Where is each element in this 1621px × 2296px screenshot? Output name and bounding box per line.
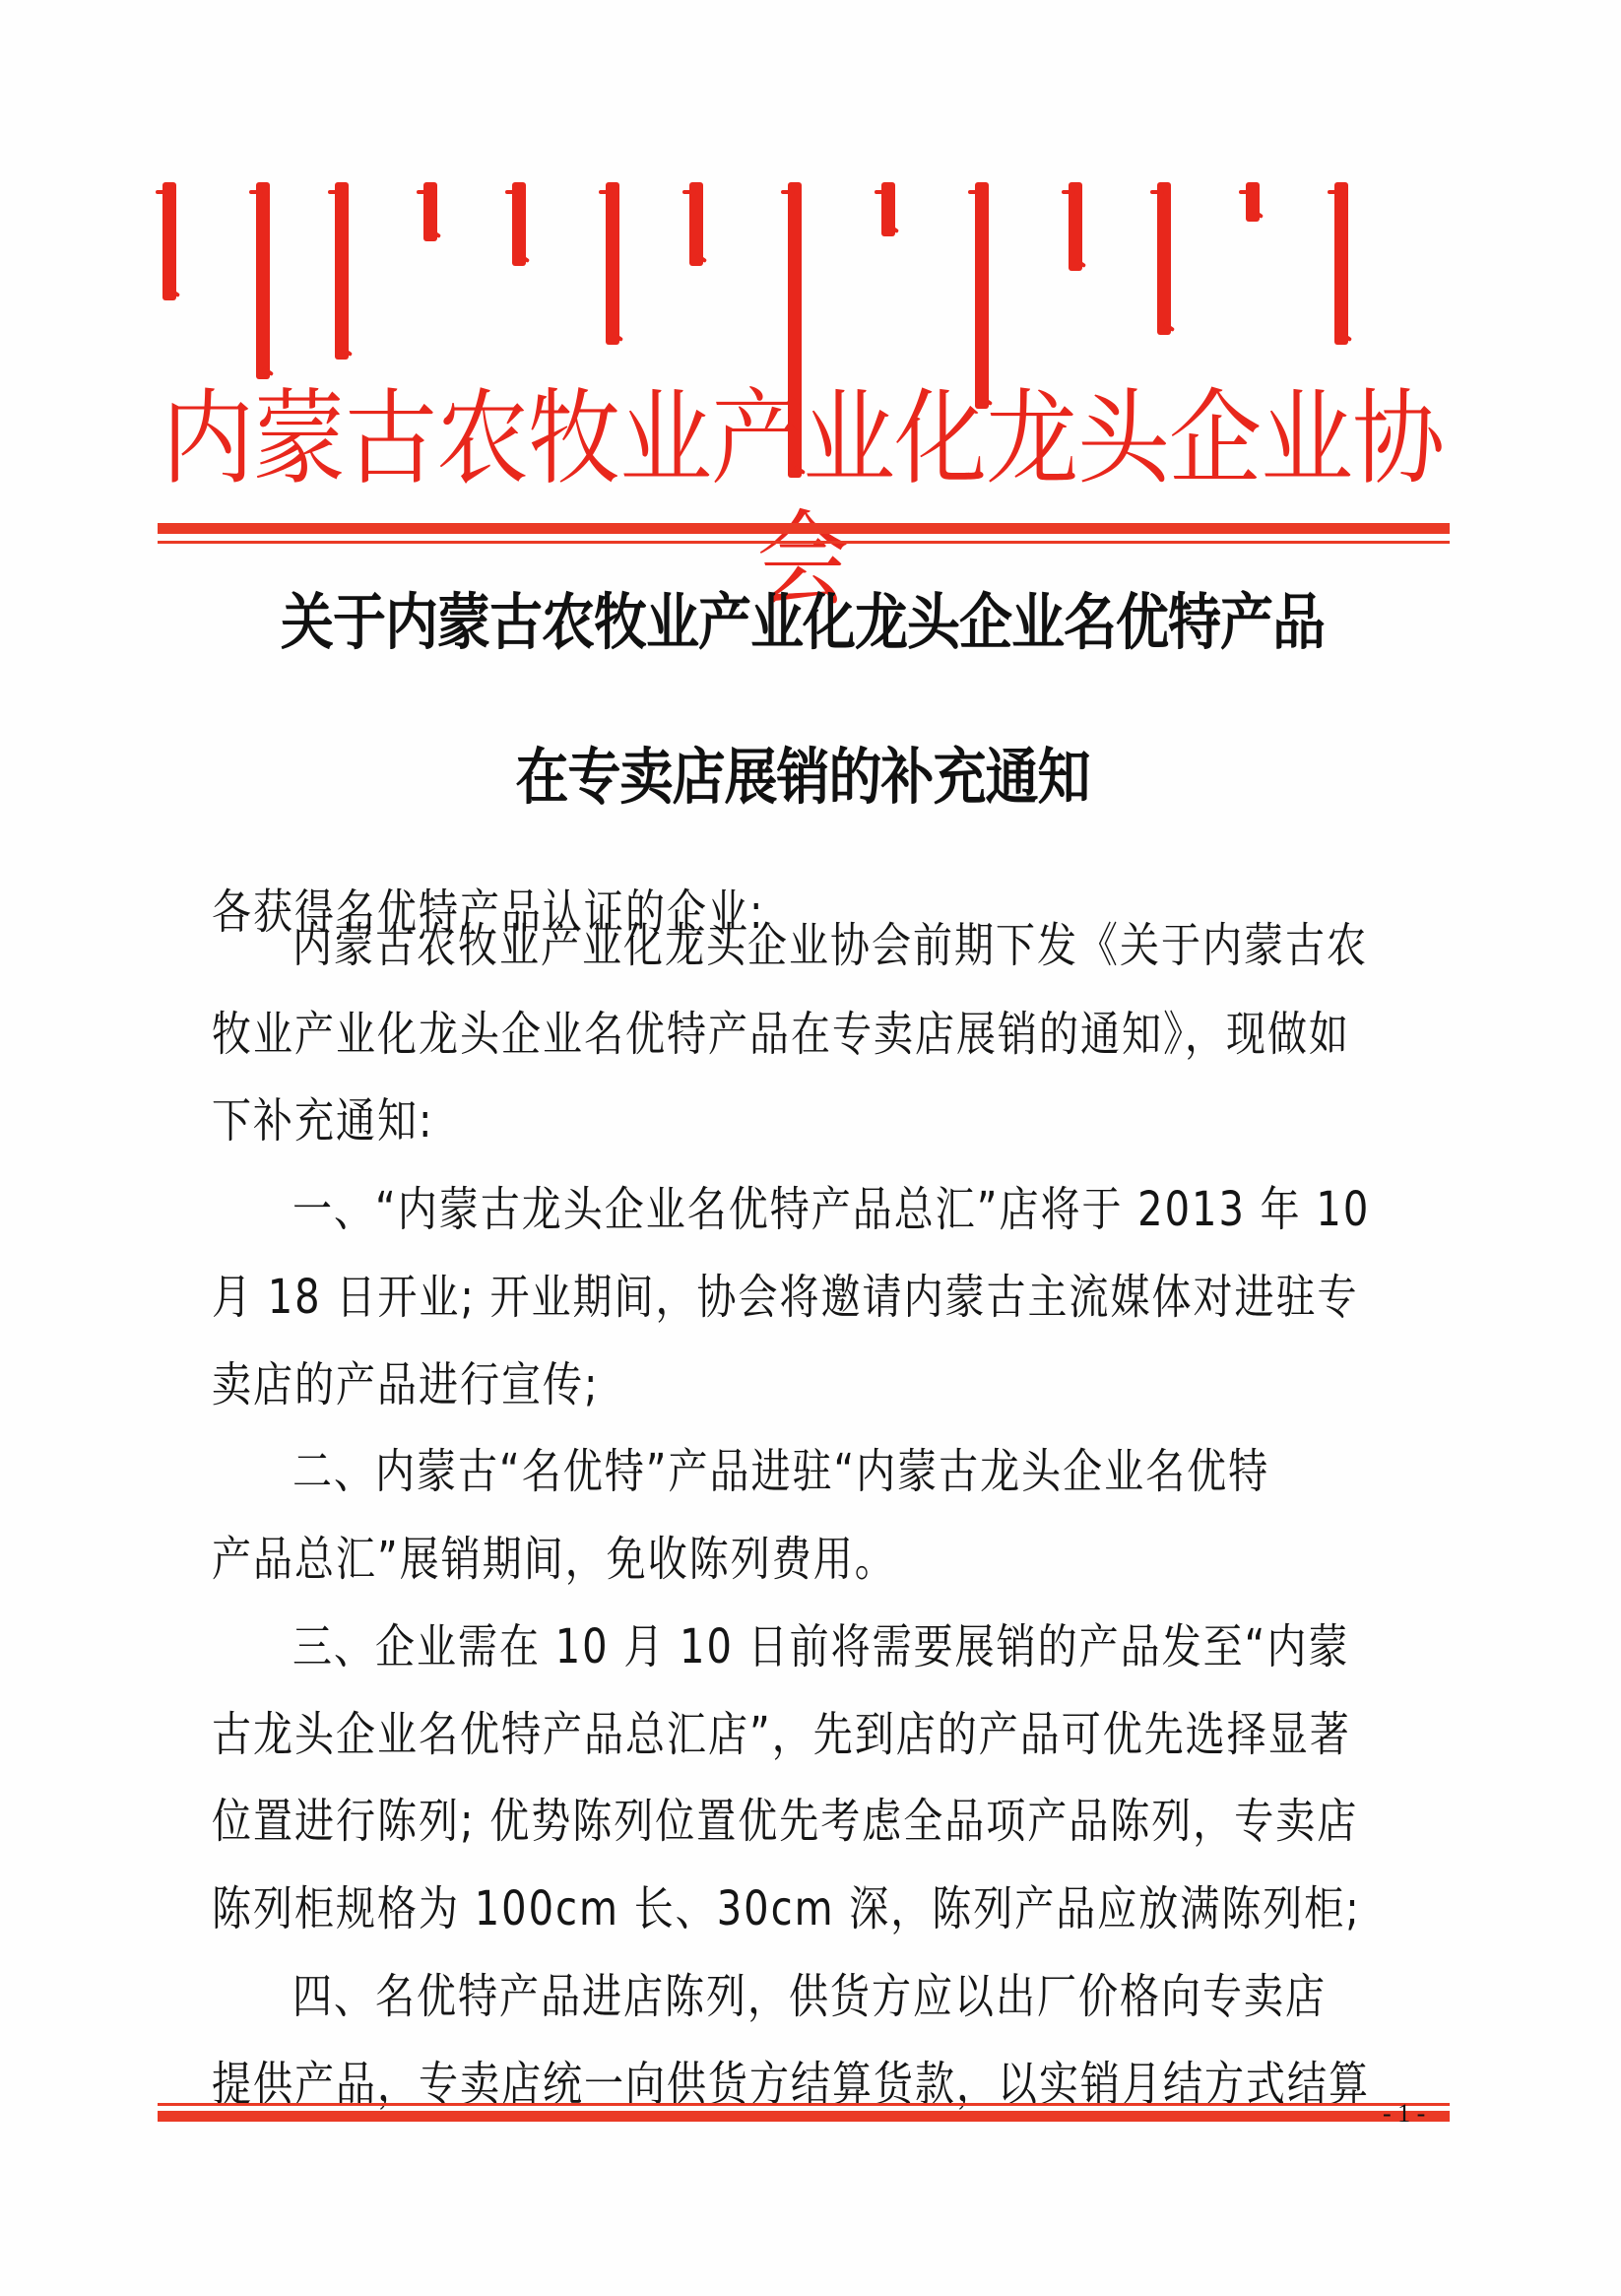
footer-rule-thin [158,2103,1450,2106]
body-line: 内蒙古农牧业产业化龙头企业协会前期下发《关于内蒙古农 [292,908,1368,975]
document-body: 各获得名优特产品认证的企业: 内蒙古农牧业产业化龙头企业协会前期下发《关于内蒙古… [212,0,1438,2296]
body-line: 产品总汇”展销期间，免收陈列费用。 [212,1522,896,1589]
body-line: 下补充通知: [212,1083,433,1150]
body-line: 陈列柜规格为 100cm 长、30cm 深，陈列产品应放满陈列柜; [212,1871,1361,1938]
body-line: 卖店的产品进行宣传; [212,1347,599,1414]
body-line: 月 18 日开业; 开业期间，协会将邀请内蒙古主流媒体对进驻专 [212,1260,1359,1327]
mongolian-word [162,182,176,300]
body-line: 三、企业需在 10 月 10 日前将需要展销的产品发至“内蒙 [292,1609,1349,1676]
body-line: 二、内蒙古“名优特”产品进驻“内蒙古龙头企业名优特 [292,1434,1269,1501]
body-line: 位置进行陈列; 优势陈列位置优先考虑全品项产品陈列，专卖店 [212,1784,1358,1851]
body-line: 古龙头企业名优特产品总汇店”，先到店的产品可优先选择显著 [212,1697,1351,1764]
body-line: 一、“内蒙古龙头企业名优特产品总汇”店将于 2013 年 10 [292,1172,1370,1239]
page-number: - 1 - [1383,2099,1425,2129]
body-line: 四、名优特产品进店陈列，供货方应以出厂价格向专卖店 [292,1959,1327,2026]
body-line: 牧业产业化龙头企业名优特产品在专卖店展销的通知》，现做如 [212,997,1350,1064]
footer-rule-thick [158,2111,1450,2122]
